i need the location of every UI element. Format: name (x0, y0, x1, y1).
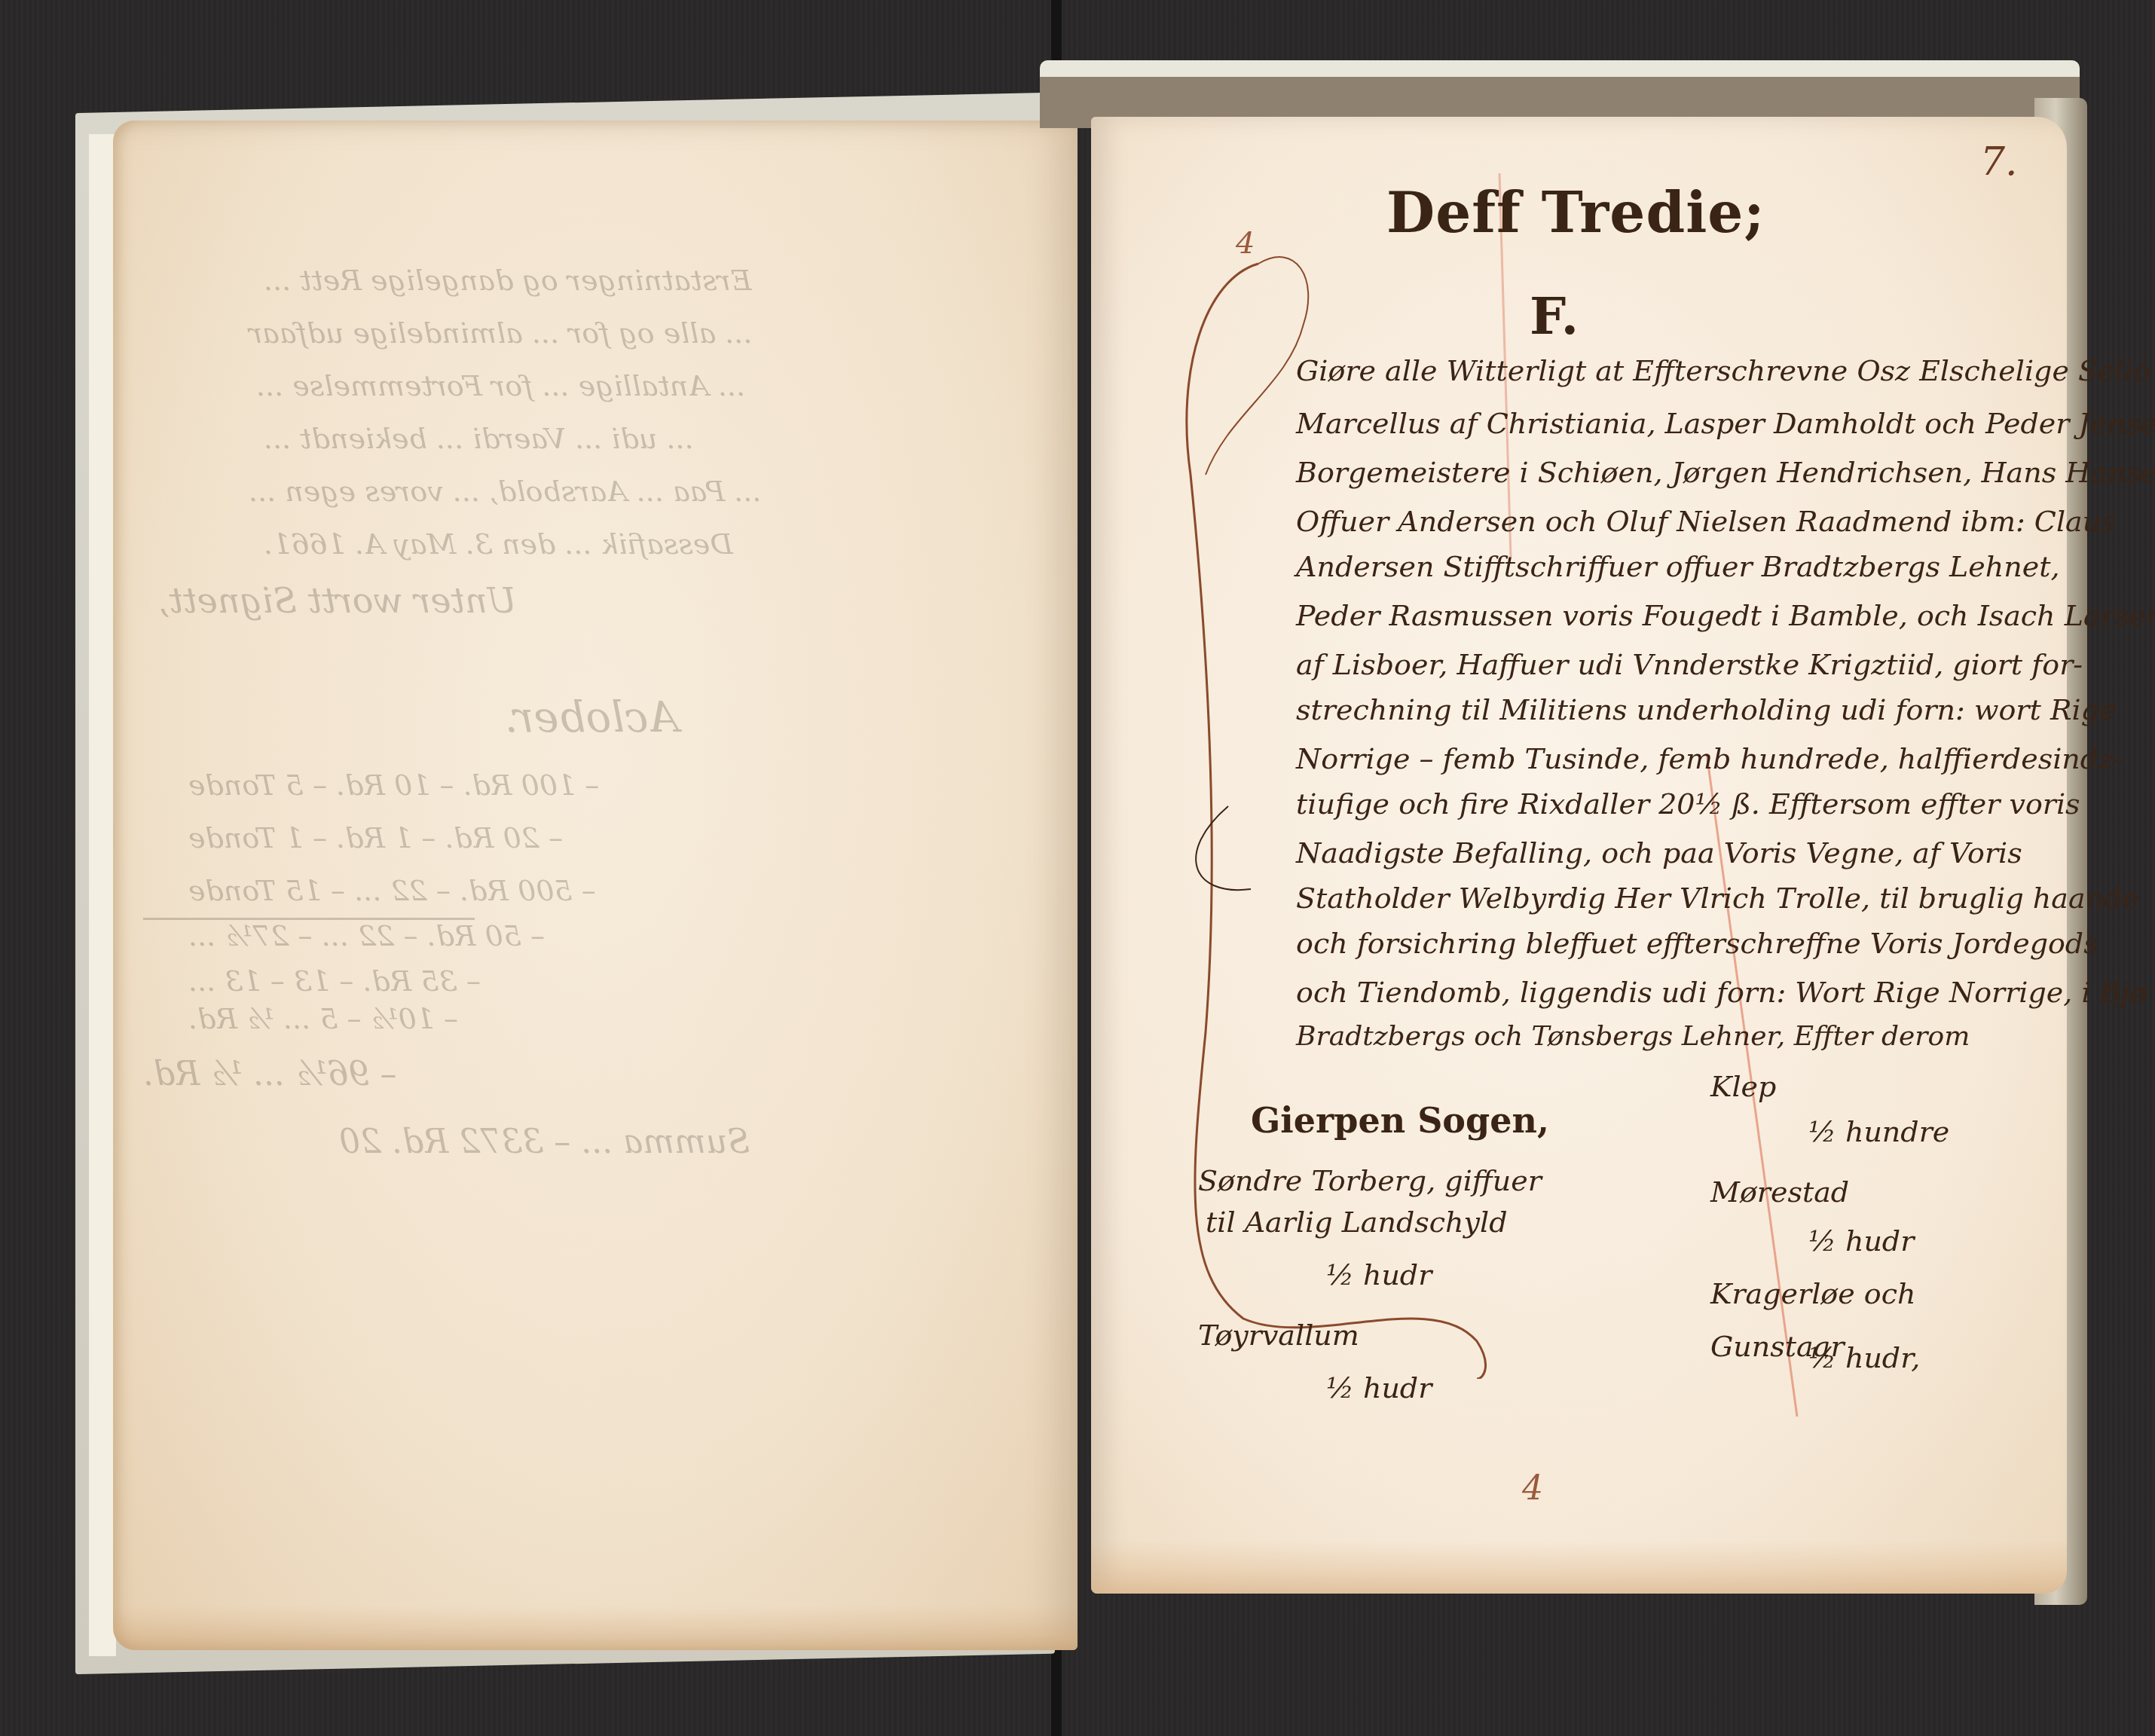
farm-entry-label: Klep (1710, 1070, 1776, 1103)
body-line: Giøre alle Witterligt at Effterschrevne … (1296, 354, 2150, 387)
bleed-table-row: – 50 Rd. – 22 ... – 27½ ... (188, 919, 545, 952)
bleed-table-row: – 35 Rd. – 13 – 13 ... (188, 964, 481, 998)
farm-entry-value: ½ hudr (1808, 1224, 1914, 1258)
bleed-footer: Summa ... – 3372 Rd. 20 (339, 1123, 750, 1161)
farm-entry-value: ½ hundre (1808, 1115, 1949, 1148)
bleed-total: – 96½ ... ½ Rd. (143, 1055, 396, 1093)
bleed-line: Unter wortt Signett, (158, 580, 516, 621)
body-line: Statholder Welbyrdig Her Vlrich Trolle, … (1296, 882, 2139, 915)
bleed-heading: Aclober. (505, 693, 679, 742)
farm-entry-label: Kragerløe och (1710, 1277, 1915, 1310)
farm-entry-label: Søndre Torberg, giffuer (1198, 1164, 1542, 1197)
bottom-mark: 4 (1522, 1469, 1543, 1508)
body-line: af Lisboer, Haffuer udi Vnnderstke Krigz… (1296, 648, 2083, 681)
body-line: Naadigste Befalling, och paa Voris Vegne… (1296, 836, 2022, 870)
body-line: Peder Rasmussen voris Fougedt i Bamble, … (1296, 599, 2155, 632)
left-page: Erstatninger og dangelige Rett ... ... a… (113, 121, 1077, 1650)
bleed-line: ... udi ... Vaerdi ... bekiendt ... (264, 422, 694, 455)
bleed-table-row: – 100 Rd. – 10 Rd. – 5 Tonde (188, 769, 599, 802)
bleed-line: ... alle og for ... almindelige udfaar (249, 316, 752, 350)
body-line: och Tiendomb, liggendis udi forn: Wort R… (1296, 976, 2147, 1009)
farm-entry-label: Mørestad (1710, 1175, 1849, 1209)
body-line: Offuer Andersen och Oluf Nielsen Raadmen… (1296, 505, 2116, 538)
farm-entry-value: ½ hudr, (1808, 1341, 1920, 1374)
body-line: och forsichring bleffuet effterschreffne… (1296, 927, 2098, 960)
farm-entry-value: ½ hudr (1326, 1371, 1432, 1404)
page-heading: Deff Tredie; (1386, 181, 1765, 246)
farm-entry-value: ½ hudr (1326, 1258, 1432, 1291)
body-line: Andersen Stifftschriffuer offuer Bradtzb… (1296, 550, 2060, 583)
left-flyleaf (89, 134, 116, 1656)
bleed-line: Dessafiik ... den 3. May A. 1661. (264, 527, 733, 561)
bleed-line: ... Antallige ... for Fortemmelse ... (256, 369, 745, 402)
bleed-line: ... Paa ... Aarsbold, ... vores egen ... (249, 475, 761, 508)
body-line: Marcellus af Christiania, Lasper Damhold… (1296, 407, 2155, 440)
parish-title: Gierpen Sogen, (1251, 1100, 1549, 1141)
body-line: Norrige – femb Tusinde, femb hundrede, h… (1296, 742, 2123, 775)
body-line: Bradtzbergs och Tønsbergs Lehner, Effter… (1296, 1021, 1970, 1052)
farm-entry-label: Tøyrvallum (1198, 1319, 1359, 1352)
bleed-table-row: – 500 Rd. – 22 ... – 15 Tonde (188, 874, 596, 907)
bleed-table-row: – 20 Rd. – 1 Rd. – 1 Tonde (188, 821, 563, 854)
margin-number: 4 (1236, 226, 1255, 261)
bleed-table-row: – 10½ – 5 ... ½ Rd. (188, 1002, 458, 1035)
body-line: strechning til Militiens underholding ud… (1296, 693, 2116, 726)
body-line: tiufige och fire Rixdaller 20½ ß. Effter… (1296, 787, 2080, 821)
page-number: 7. (1980, 139, 2018, 185)
farm-entry-sub: til Aarlig Landschyld (1206, 1206, 1508, 1239)
section-initial: F. (1530, 286, 1579, 347)
bleed-rule (143, 918, 475, 920)
body-line: Borgemeistere i Schiøen, Jørgen Hendrich… (1296, 456, 2155, 489)
bleed-line: Erstatninger og dangelige Rett ... (264, 264, 751, 297)
